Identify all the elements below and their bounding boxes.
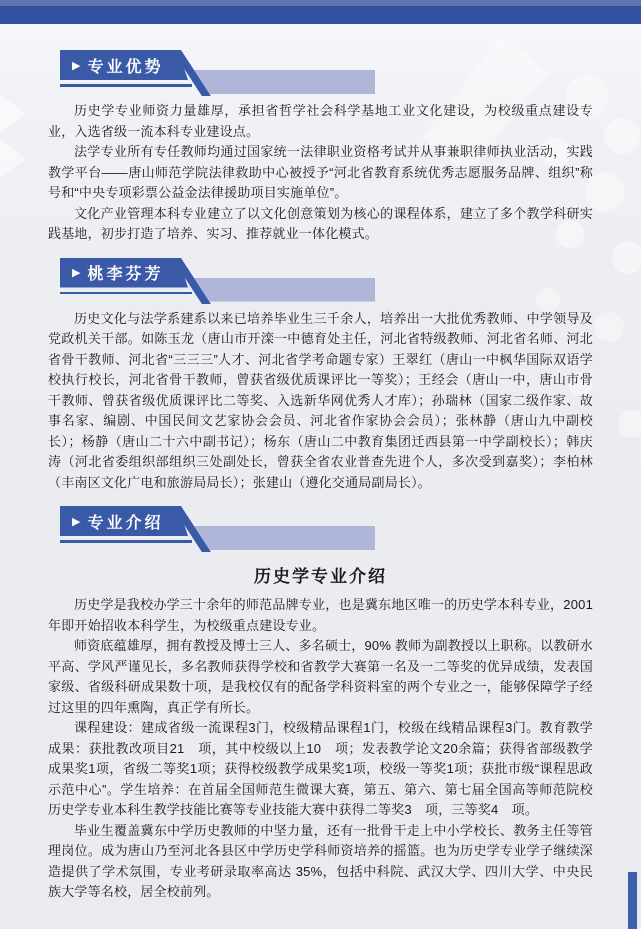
banner-underline-decoration xyxy=(60,84,192,87)
paragraph: 师资底蕴雄厚，拥有教授及博士三人、多名硕士，90% 教师为副教授以上职称。以教研… xyxy=(48,636,593,718)
paragraph: 历史学是我校办学三十余年的师范品牌专业，也是冀东地区唯一的历史学本科专业，200… xyxy=(48,595,593,636)
section-banner: ▶ 专业介绍 xyxy=(60,506,593,552)
banner-label: 专业介绍 xyxy=(87,510,163,533)
paragraph: 文化产业管理本科专业建立了以文化创意策划为核心的课程体系，建立了多个教学科研实践… xyxy=(48,204,593,245)
brochure-page: ▶ 专业优势 历史学专业师资力量雄厚，承担省哲学社会科学基地工业文化建设，为校级… xyxy=(0,0,641,929)
banner-label: 桃李芬芳 xyxy=(87,261,163,284)
paragraph: 毕业生覆盖冀东中学历史教师的中坚力量，还有一批骨干走上中小学校长、教务主任等管理… xyxy=(48,821,593,903)
banner-shade-decoration xyxy=(190,70,375,94)
top-bar xyxy=(0,0,641,24)
paragraph: 历史文化与法学系建系以来已培养毕业生三千余人，培养出一大批优秀教师、中学领导及党… xyxy=(48,309,593,494)
banner-underline-decoration xyxy=(60,292,192,295)
paragraph: 法学专业所有专任教师均通过国家统一法律职业资格考试并从事兼职律师执业活动，实践教… xyxy=(48,142,593,204)
section-banner: ▶ 桃李芬芳 xyxy=(60,258,593,304)
top-bar-strip xyxy=(0,0,641,6)
major-introduction-title: 历史学专业介绍 xyxy=(48,562,593,587)
banner-advantages: ▶ 专业优势 xyxy=(60,50,188,80)
paragraph: 历史学专业师资力量雄厚，承担省哲学社会科学基地工业文化建设，为校级重点建设专业，… xyxy=(48,101,593,142)
page-edge-accent-bar xyxy=(628,872,637,929)
play-arrow-icon: ▶ xyxy=(72,59,80,72)
play-arrow-icon: ▶ xyxy=(72,515,80,528)
paragraph: 课程建设：建成省级一流课程3门，校级精品课程1门，校级在线精品课程3门。教育教学… xyxy=(48,718,593,821)
section-advantages: ▶ 专业优势 历史学专业师资力量雄厚，承担省哲学社会科学基地工业文化建设，为校级… xyxy=(48,50,593,245)
banner-underline-decoration xyxy=(60,540,192,543)
banner-label: 专业优势 xyxy=(87,54,163,77)
page-content: ▶ 专业优势 历史学专业师资力量雄厚，承担省哲学社会科学基地工业文化建设，为校级… xyxy=(0,50,641,903)
banner-shade-decoration xyxy=(190,526,375,550)
section-banner: ▶ 专业优势 xyxy=(60,50,593,96)
section-introduction: ▶ 专业介绍 历史学专业介绍 历史学是我校办学三十余年的师范品牌专业，也是冀东地… xyxy=(48,506,593,903)
play-arrow-icon: ▶ xyxy=(72,266,80,279)
section-alumni: ▶ 桃李芬芳 历史文化与法学系建系以来已培养毕业生三千余人，培养出一大批优秀教师… xyxy=(48,258,593,494)
banner-introduction: ▶ 专业介绍 xyxy=(60,506,188,536)
banner-shade-decoration xyxy=(190,278,375,302)
banner-alumni: ▶ 桃李芬芳 xyxy=(60,258,188,288)
